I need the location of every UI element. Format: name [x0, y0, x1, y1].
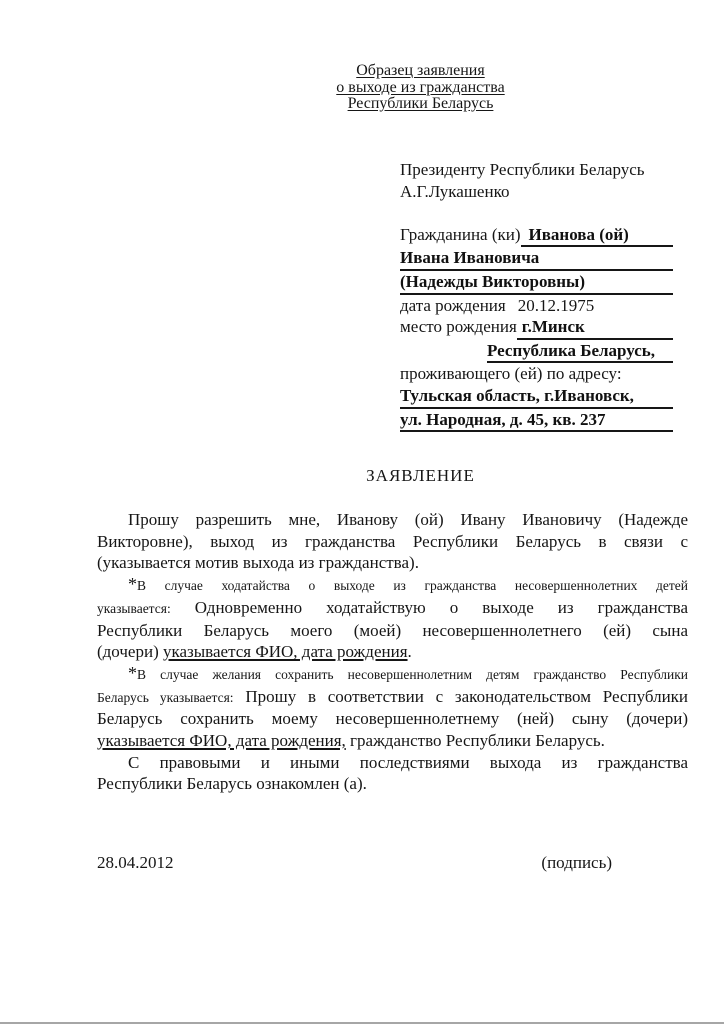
birth-place-city-value: г.Минск [517, 316, 673, 340]
addressee-line-2: А.Г.Лукашенко [400, 181, 673, 203]
paragraph-2-line-2: указывается: Одновременно ходатайствую о… [97, 597, 688, 620]
paragraph-1-line-3: (указывается мотив выхода из гражданства… [97, 552, 688, 574]
paragraph-3-note: В случае желания сохранить несовершеннол… [137, 667, 688, 682]
paragraph-2-main: Одновременно ходатайствую о выходе из гр… [195, 598, 688, 617]
paragraph-3-line-4: указывается ФИО, дата рождения, гражданс… [97, 730, 688, 752]
paragraph-3-line-1: *В случае желания сохранить несовершенно… [97, 663, 688, 686]
surname-value: Иванова (ой) [521, 224, 673, 248]
title-line-2: о выходе из гражданства [153, 80, 688, 97]
birth-place-country-value: Республика Беларусь, [487, 340, 673, 364]
footnote-asterisk: * [128, 663, 137, 683]
paragraph-4-line-2: Республики Беларусь ознакомлен (а). [97, 773, 688, 795]
document-title: Образец заявления о выходе из гражданств… [97, 63, 688, 113]
paragraph-2-line-4: (дочери) указывается ФИО, дата рождения. [97, 641, 688, 663]
application-heading: ЗАЯВЛЕНИЕ [97, 466, 688, 486]
paragraph-2-underlined-placeholder: указывается ФИО, дата рождения [163, 642, 408, 661]
paragraph-4-line-1: С правовыми и иными последствиями выхода… [97, 752, 688, 774]
birth-date-value: 20.12.1975 [518, 296, 595, 315]
paragraph-2-note: В случае ходатайства о выходе из граждан… [137, 578, 688, 593]
birth-date-row: дата рождения20.12.1975 [400, 295, 673, 317]
address-label: проживающего (ей) по адресу: [400, 363, 673, 385]
paragraph-2-line-1: *В случае ходатайства о выходе из гражда… [97, 574, 688, 597]
birth-place-row: место рожденияг.Минск [400, 316, 673, 340]
name-alt-value: (Надежды Викторовны) [400, 271, 673, 295]
paragraph-2-line-3: Республики Беларусь моего (моей) несовер… [97, 620, 688, 642]
paragraph-3-line-3: Беларусь сохранить моему несовершеннолет… [97, 708, 688, 730]
birth-date-label: дата рождения [400, 296, 506, 315]
addressee-line-1: Президенту Республики Беларусь [400, 159, 673, 181]
paragraph-3-underlined-placeholder: указывается ФИО, дата рождения, [97, 731, 346, 750]
signature-label: (подпись) [541, 853, 612, 873]
paragraph-3-main: Прошу в соответствии с законодательством… [245, 687, 688, 706]
address-row-2: ул. Народная, д. 45, кв. 237 [400, 409, 673, 433]
address-row-1: Тульская область, г.Ивановск, [400, 385, 673, 409]
name-alt-row: (Надежды Викторовны) [400, 271, 673, 295]
title-line-1: Образец заявления [153, 63, 688, 80]
spacer [400, 340, 487, 364]
addressee-block: Президенту Республики Беларусь А.Г.Лукаш… [400, 159, 673, 432]
citizen-row: Гражданина (ки)Иванова (ой) [400, 224, 673, 248]
paragraph-1-line-1: Прошу разрешить мне, Иванову (ой) Ивану … [97, 509, 688, 531]
address-line-1-value: Тульская область, г.Ивановск, [400, 385, 673, 409]
paragraph-3-note-continued: Беларусь указывается: [97, 690, 234, 705]
spacer [400, 202, 673, 224]
paragraph-2-tail-pre: (дочери) [97, 642, 159, 661]
application-body: Прошу разрешить мне, Иванову (ой) Ивану … [97, 509, 688, 795]
paragraph-2-period: . [408, 642, 412, 661]
document-page: Образец заявления о выходе из гражданств… [0, 0, 724, 1024]
address-line-2-value: ул. Народная, д. 45, кв. 237 [400, 409, 673, 433]
date-text: 28.04.2012 [97, 853, 174, 873]
name-row: Ивана Ивановича [400, 247, 673, 271]
paragraph-3-tail: гражданство Республики Беларусь. [350, 731, 605, 750]
name-patronymic-value: Ивана Ивановича [400, 247, 673, 271]
paragraph-2-note-continued: указывается: [97, 601, 171, 616]
signature-row: 28.04.2012 (подпись) [97, 853, 688, 873]
paragraph-3-line-2: Беларусь указывается: Прошу в соответств… [97, 686, 688, 709]
citizen-label: Гражданина (ки) [400, 224, 521, 248]
birth-place-country-row: Республика Беларусь, [400, 340, 673, 364]
paragraph-1-line-2: Викторовне), выход из гражданства Респуб… [97, 531, 688, 553]
birth-place-label: место рождения [400, 316, 517, 340]
footnote-asterisk: * [128, 574, 137, 594]
title-line-3: Республики Беларусь [153, 96, 688, 113]
